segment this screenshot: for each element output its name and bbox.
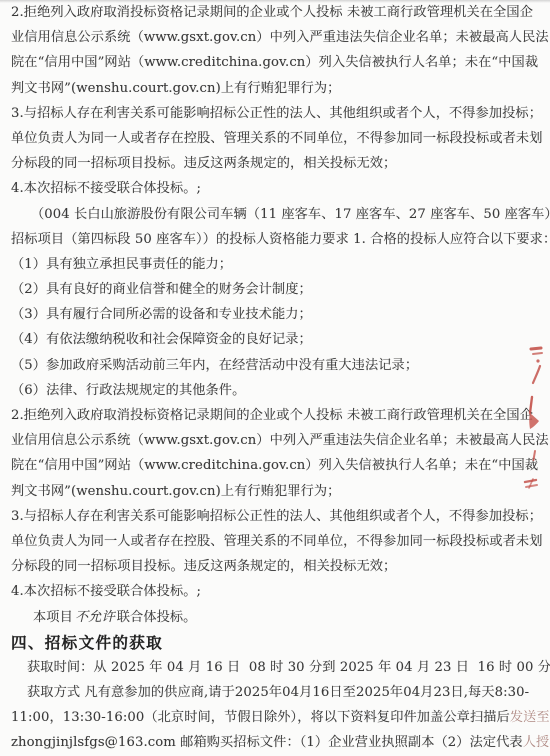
requirement-item: （6）法律、行政法规规定的其他条件。: [0, 378, 550, 403]
clause-line: 分标段的同一招标项目投标。违反这两条规定的，相关投标无效；: [0, 554, 550, 579]
clause-line: 4.本次招标不接受联合体投标。;: [0, 176, 550, 201]
clause-line: 分标段的同一招标项目投标。违反这两条规定的，相关投标无效；: [0, 151, 550, 176]
clause-line: 2.拒绝列入政府取消投标资格记录期间的企业或个人投标 未被工商行政管理机关在全国…: [0, 403, 550, 428]
note-suffix: 联合体投标。: [117, 610, 197, 625]
requirement-item: （4）有依法缴纳税收和社会保障资金的良好记录；: [0, 327, 550, 352]
clause-line: 3.与招标人存在利害关系可能影响招标公正性的法人、其他组织或者个人，不得参加投标…: [0, 101, 550, 126]
clause-line: 院在“信用中国”网站（www.creditchina.gov.cn）列入失信被执…: [0, 453, 550, 478]
clause-line: 4.本次招标不接受联合体投标。;: [0, 579, 550, 604]
email-faded-text: 人授权: [523, 735, 550, 750]
clause-line: 业信用信息公示系统（www.gsxt.gov.cn）中列入严重违法失信企业名单；…: [0, 25, 550, 50]
requirement-item: （5）参加政府采购活动前三年内，在经营活动中没有重大违法记录；: [0, 353, 550, 378]
note-prefix: 本项目: [33, 610, 73, 625]
requirement-item: （1）具有独立承担民事责任的能力；: [0, 252, 550, 277]
clause-line: 3.与招标人存在利害关系可能影响招标公正性的法人、其他组织或者个人，不得参加投标…: [0, 504, 550, 529]
section-heading: 四、招标文件的获取: [0, 630, 550, 655]
clause-line: 业信用信息公示系统（www.gsxt.gov.cn）中列入严重违法失信企业名单；…: [0, 428, 550, 453]
project-title-line: 招标项目（第四标段 50 座客车））的投标人资格能力要求 1. 合格的投标人应符…: [0, 227, 550, 252]
clause-line: 单位负责人为同一人或者存在控股、管理关系的不同单位，不得参加同一标段投标或者未划: [0, 126, 550, 151]
clause-line: 判文书网”(wenshu.court.gov.cn)上有行贿犯罪行为；: [0, 76, 550, 101]
acquisition-time-line: 获取时间：从 2025 年 04 月 16 日 08 时 30 分到 2025 …: [0, 655, 550, 680]
requirement-item: （3）具有履行合同所必需的设备和专业技术能力；: [0, 302, 550, 327]
clause-line: 院在“信用中国”网站（www.creditchina.gov.cn）列入失信被执…: [0, 50, 550, 75]
joint-venture-note: 本项目不允许联合体投标。: [0, 605, 550, 630]
email-text: zhongjinjlsfgs@163.com 邮箱购买招标文件：（1）企业营业执…: [11, 735, 523, 750]
hours-text: 11:00，13:30-16:00（北京时间，节假日除外），将以下资料复印件加盖…: [11, 710, 510, 725]
document-page: 2.拒绝列入政府取消投标资格记录期间的企业或个人投标 未被工商行政管理机关在全国…: [0, 0, 550, 756]
clause-line: 单位负责人为同一人或者存在控股、管理关系的不同单位，不得参加同一标段投标或者未划: [0, 529, 550, 554]
office-hours-line: 11:00，13:30-16:00（北京时间，节假日除外），将以下资料复印件加盖…: [0, 705, 550, 730]
clause-line: 判文书网”(wenshu.court.gov.cn)上有行贿犯罪行为；: [0, 479, 550, 504]
clause-line: 2.拒绝列入政府取消投标资格记录期间的企业或个人投标 未被工商行政管理机关在全国…: [0, 0, 550, 25]
requirement-item: （2）具有良好的商业信誉和健全的财务会计制度；: [0, 277, 550, 302]
note-italic-phrase: 不允许: [73, 610, 117, 625]
acquisition-method-line: 获取方式 凡有意参加的供应商,请于2025年04月16日至2025年04月23日…: [0, 680, 550, 705]
hours-faded-text: 发送至: [510, 710, 550, 725]
contact-email-line: zhongjinjlsfgs@163.com 邮箱购买招标文件：（1）企业营业执…: [0, 730, 550, 755]
project-title-line: （004 长白山旅游股份有限公司车辆（11 座客车、17 座客车、27 座客车、…: [0, 202, 550, 227]
